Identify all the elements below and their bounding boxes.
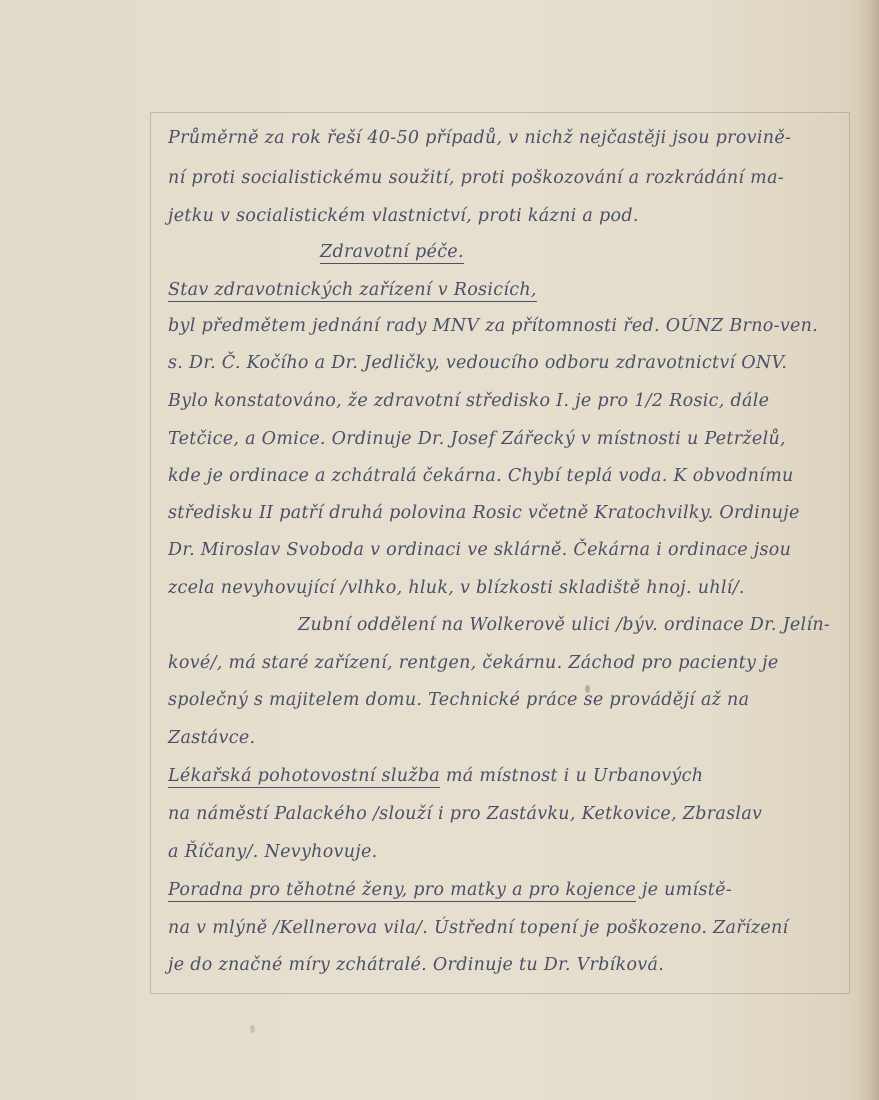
text-line: společný s majitelem domu. Technické prá… [168,690,749,710]
text-line: Průměrně za rok řeší 40-50 případů, v ni… [168,128,791,148]
counseling-text: je umístě- [636,880,732,900]
section-title-text: Zdravotní péče. [320,242,464,264]
emergency-title: Lékařská pohotovostní služba [168,766,440,788]
text-line: Tetčice, a Omice. Ordinuje Dr. Josef Zář… [168,429,786,449]
emergency-line: Lékařská pohotovostní služba má místnost… [168,766,703,786]
subsection-title: Stav zdravotnických zařízení v Rosicích, [168,280,537,300]
text-line: jetku v socialistickém vlastnictví, prot… [168,206,639,226]
text-line: a Říčany/. Nevyhovuje. [168,842,378,862]
document-page: Průměrně za rok řeší 40-50 případů, v ni… [0,0,879,1100]
page-edge-shadow [857,0,879,1100]
subsection-title-text: Stav zdravotnických zařízení v Rosicích, [168,280,537,302]
emergency-text: má místnost i u Urbanových [440,766,703,786]
text-line: středisku II patří druhá polovina Rosic … [168,503,800,523]
paper-speck [585,685,590,693]
text-line: je do značné míry zchátralé. Ordinuje tu… [168,955,664,975]
text-line: ní proti socialistickému soužití, proti … [168,168,784,188]
paper-speck [250,1025,255,1033]
text-line: zcela nevyhovující /vlhko, hluk, v blízk… [168,578,745,598]
counseling-title: Poradna pro těhotné ženy, pro matky a pr… [168,880,636,902]
text-line: byl předmětem jednání rady MNV za přítom… [168,316,818,336]
text-line: Bylo konstatováno, že zdravotní středisk… [168,391,769,411]
text-line: Dr. Miroslav Svoboda v ordinaci ve sklár… [168,540,791,560]
text-line: s. Dr. Č. Kočího a Dr. Jedličky, vedoucí… [168,353,787,373]
counseling-line: Poradna pro těhotné ženy, pro matky a pr… [168,880,732,900]
text-line: na náměstí Palackého /slouží i pro Zastá… [168,804,762,824]
text-line: kde je ordinace a zchátralá čekárna. Chy… [168,466,794,486]
text-line: kové/, má staré zařízení, rentgen, čekár… [168,653,778,673]
text-line: Zastávce. [168,728,255,748]
section-title: Zdravotní péče. [320,242,464,262]
text-line: Zubní oddělení na Wolkerově ulici /býv. … [298,615,830,635]
text-line: na v mlýně /Kellnerova vila/. Ústřední t… [168,918,788,938]
